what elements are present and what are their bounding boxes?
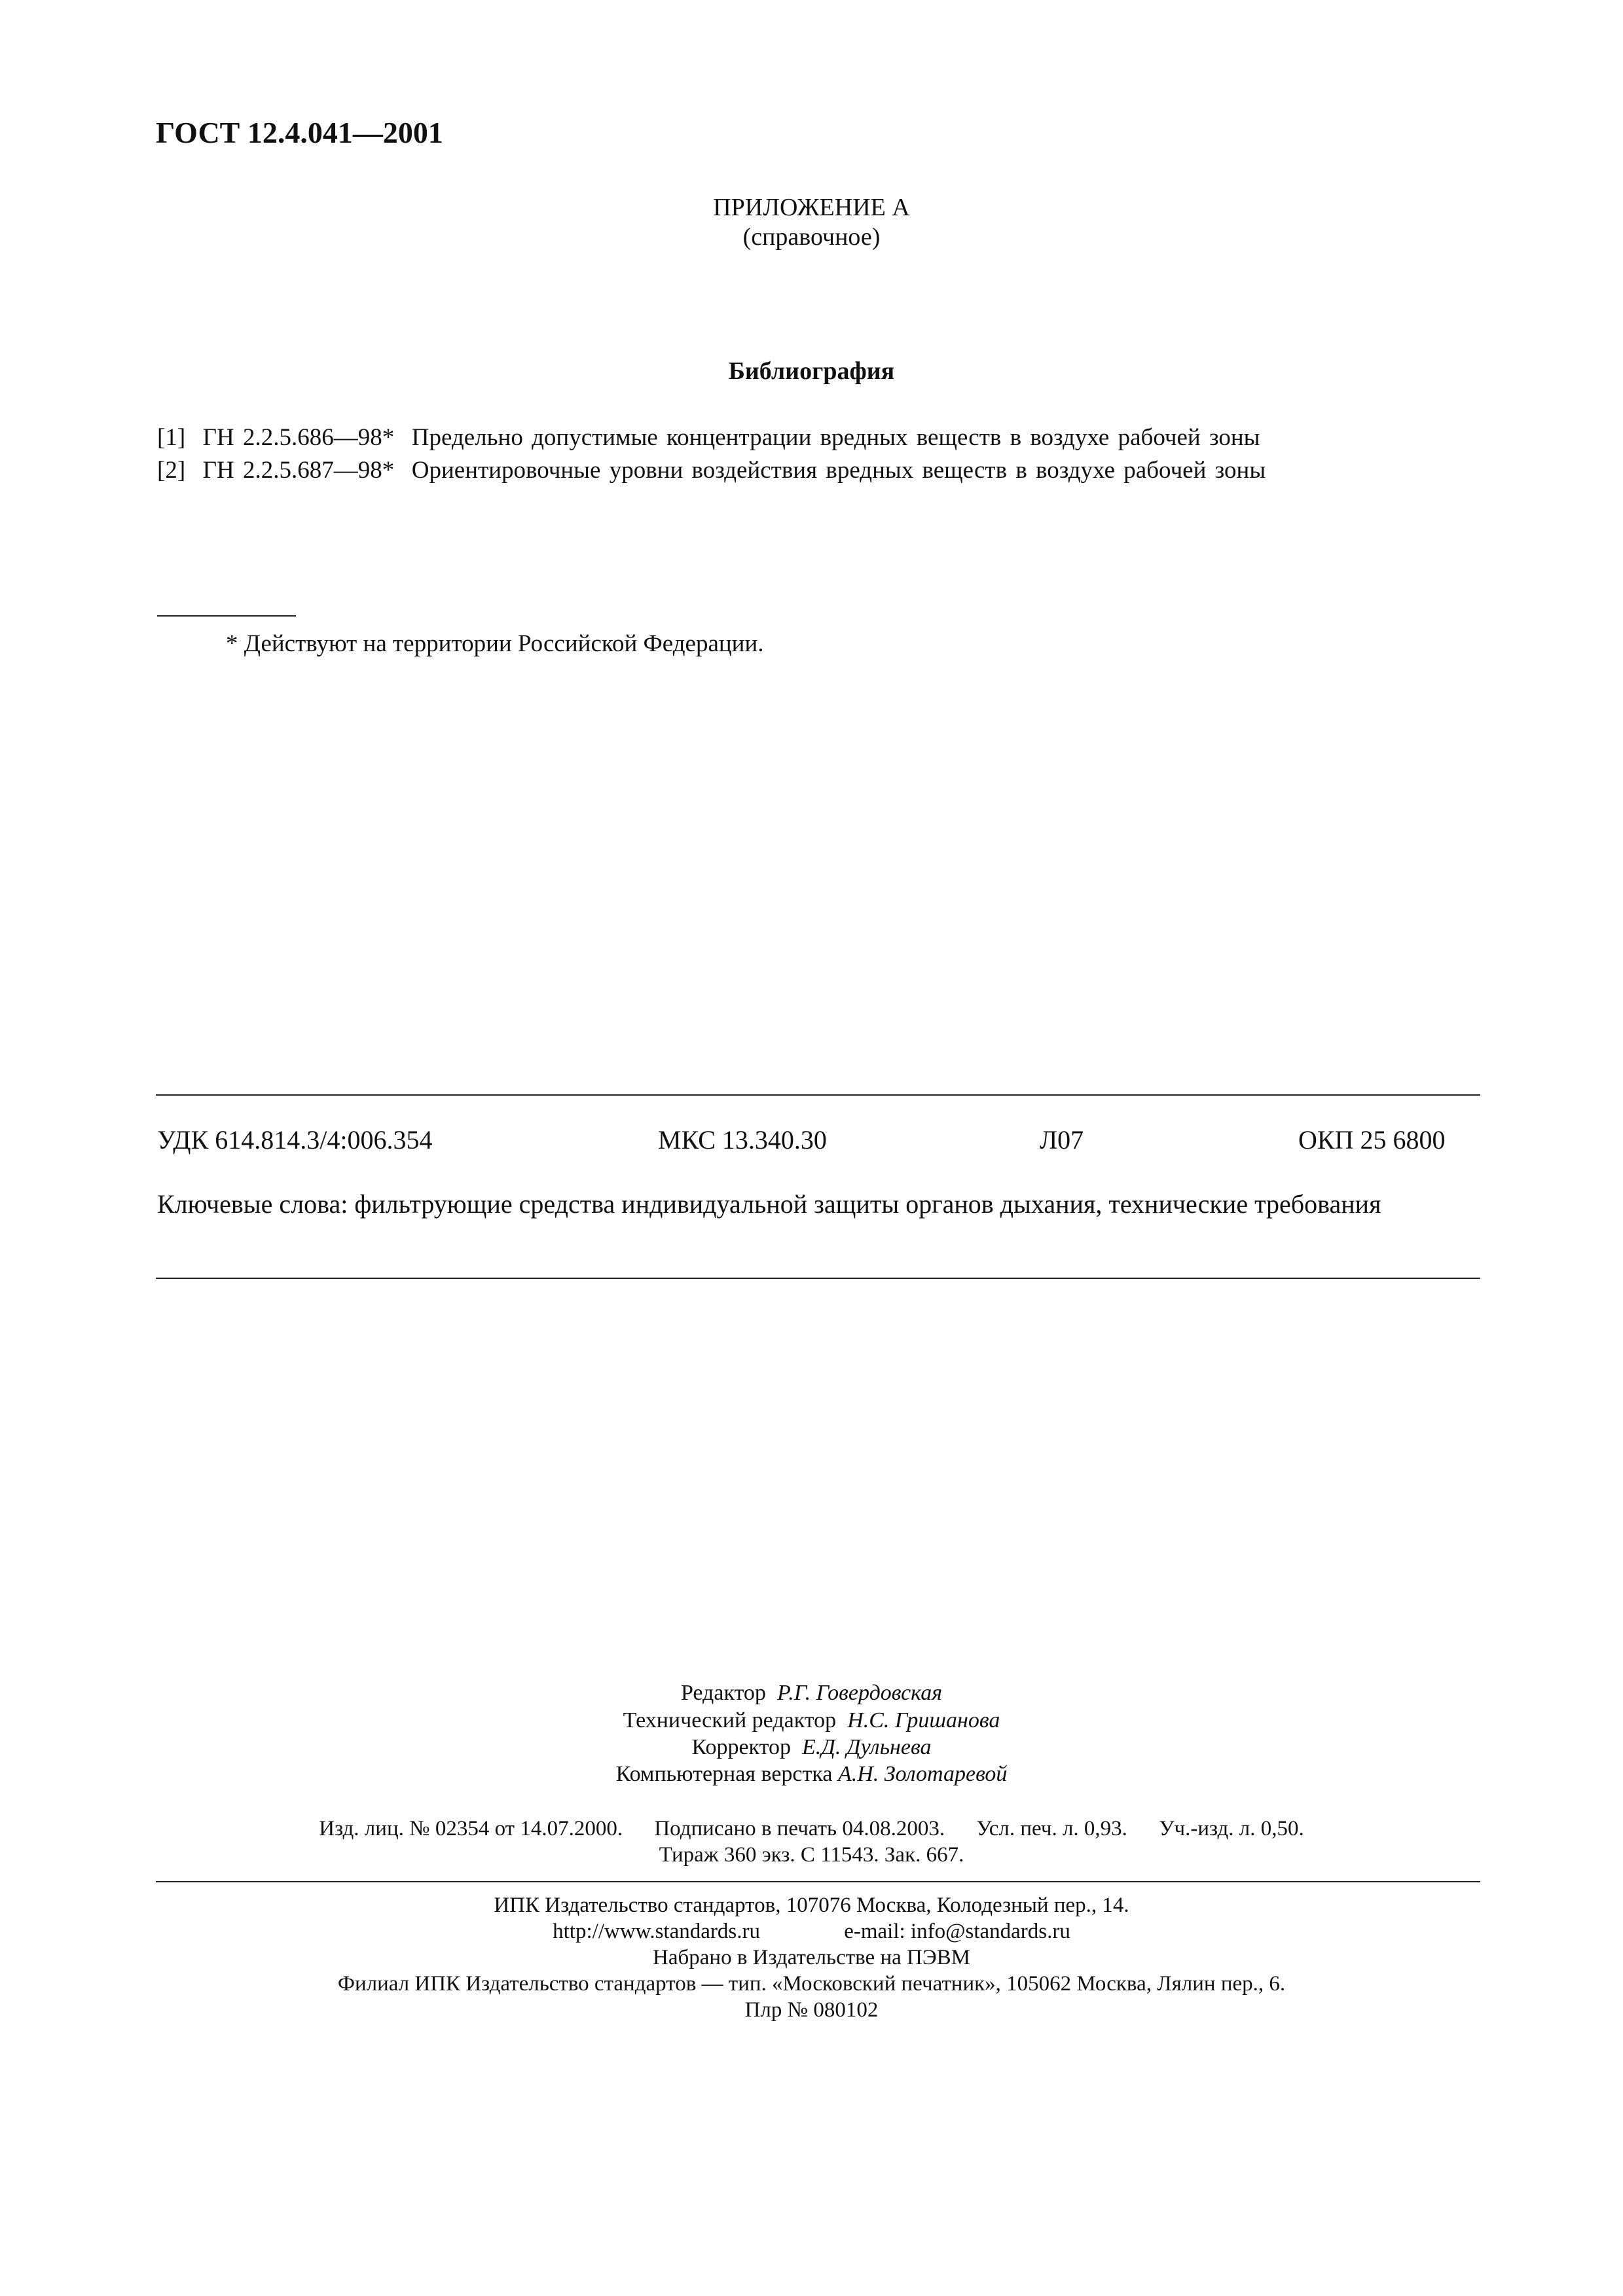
footnote: * Действуют на территории Российской Фед… (226, 630, 764, 658)
plr-number: Плр № 080102 (0, 1998, 1623, 2022)
credit-proofreader: Корректор Е.Д. Дульнева (0, 1735, 1623, 1760)
document-number: ГОСТ 12.4.041—2001 (156, 115, 443, 150)
item-text: Ориентировочные уровни воздействия вредн… (412, 457, 1266, 484)
l-code: Л07 (1040, 1124, 1084, 1155)
item-text: Предельно допустимые концентрации вредны… (412, 424, 1260, 451)
publisher-address: ИПК Издательство стандартов, 107076 Моск… (0, 1893, 1623, 1918)
website-link[interactable]: http://www.standards.ru (553, 1920, 760, 1943)
publisher-contacts: http://www.standards.ru e-mail: info@sta… (0, 1920, 1623, 1944)
footnote-divider (157, 615, 296, 617)
credit-editor: Редактор Р.Г. Говердовская (0, 1681, 1623, 1706)
udk-code: УДК 614.814.3/4:006.354 (157, 1124, 432, 1155)
appendix-subtitle: (справочное) (0, 223, 1623, 251)
item-code: ГН 2.2.5.687—98* (203, 457, 395, 484)
metadata-top-rule (156, 1094, 1480, 1096)
item-number: [1] (157, 424, 185, 451)
item-code: ГН 2.2.5.686—98* (203, 424, 395, 451)
credit-layout: Компьютерная верстка А.Н. Золотаревой (0, 1762, 1623, 1787)
email-link[interactable]: e-mail: info@standards.ru (844, 1920, 1070, 1943)
metadata-bottom-rule (156, 1278, 1480, 1279)
okp-code: ОКП 25 6800 (1298, 1124, 1445, 1155)
imprint-line: Изд. лиц. № 02354 от 14.07.2000. Подписа… (0, 1817, 1623, 1841)
publisher-rule (156, 1881, 1480, 1882)
item-number: [2] (157, 457, 185, 484)
keywords: Ключевые слова: фильтрующие средства инд… (157, 1188, 1480, 1221)
typeset-note: Набрано в Издательстве на ПЭВМ (0, 1946, 1623, 1970)
branch-address: Филиал ИПК Издательство стандартов — тип… (0, 1972, 1623, 1996)
bibliography-item: [2] ГН 2.2.5.687—98* Ориентировочные уро… (157, 456, 1266, 484)
credit-tech-editor: Технический редактор Н.С. Гришанова (0, 1708, 1623, 1733)
mks-code: МКС 13.340.30 (658, 1124, 827, 1155)
bibliography-item: [1] ГН 2.2.5.686—98* Предельно допустимы… (157, 423, 1260, 452)
appendix-title: ПРИЛОЖЕНИЕ А (0, 193, 1623, 222)
bibliography-title: Библиография (0, 357, 1623, 386)
imprint-run: Тираж 360 экз. С 11543. Зак. 667. (0, 1843, 1623, 1867)
